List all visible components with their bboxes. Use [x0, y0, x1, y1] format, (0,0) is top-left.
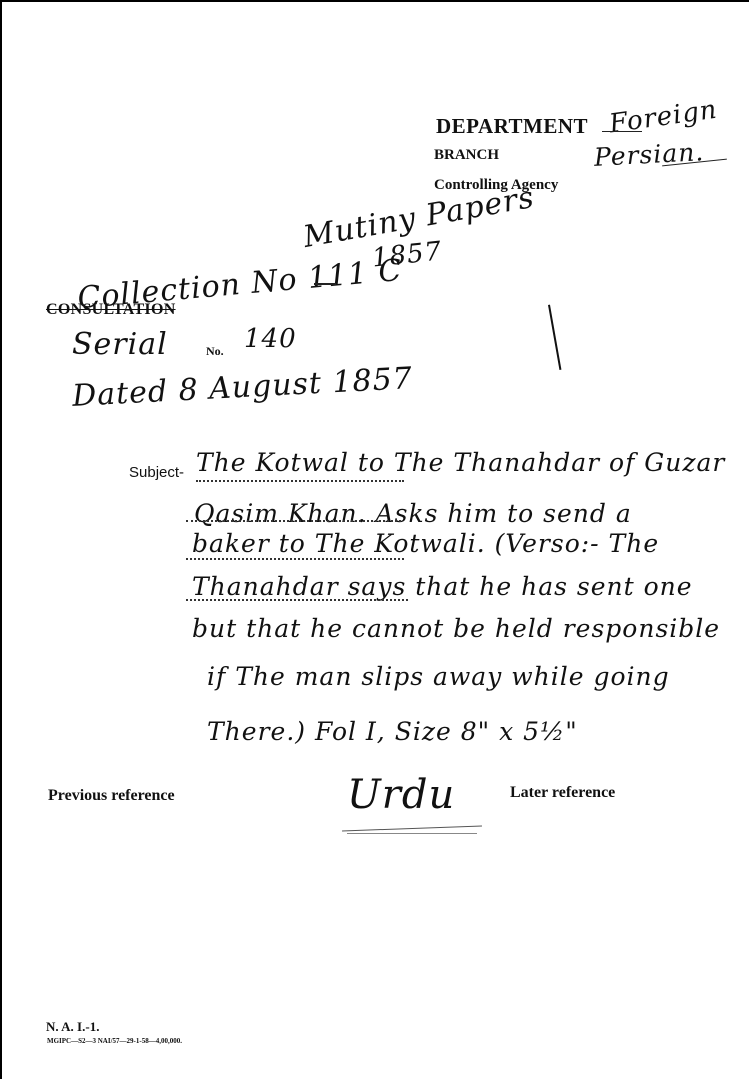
subject-line: There.) Fol I, Size 8" x 5½": [207, 717, 578, 746]
serial-no-label: No.: [206, 344, 224, 359]
dotted-rule: [186, 520, 401, 522]
document-page: DEPARTMENT Foreign BRANCH Persian. Contr…: [0, 0, 749, 1079]
subject-line: baker to The Kotwali. (Verso:- The: [192, 529, 659, 558]
previous-reference-label: Previous reference: [48, 787, 175, 805]
subject-line: The Kotwal to The Thanahdar of Guzar: [196, 448, 725, 477]
branch-value: Persian.: [593, 137, 705, 172]
serial-value: 140: [244, 324, 297, 354]
form-code: N. A. I.-1.: [46, 1019, 99, 1035]
pen-stroke-mark: [548, 305, 561, 370]
dated-value: Dated 8 August 1857: [71, 361, 413, 414]
collection-underline: [314, 283, 336, 285]
dotted-rule: [186, 599, 408, 601]
language-underline: [347, 833, 477, 834]
later-reference-label: Later reference: [510, 784, 615, 802]
consultation-label: CONSULTATION: [46, 301, 176, 319]
department-label: DEPARTMENT: [436, 114, 588, 139]
subject-line: if The man slips away while going: [207, 662, 670, 691]
department-value: Foreign: [607, 95, 719, 140]
dotted-rule: [196, 480, 404, 482]
language-underline: [342, 826, 482, 832]
branch-label: BRANCH: [434, 147, 499, 164]
subject-label: Subject-: [129, 464, 184, 481]
dotted-rule: [186, 558, 404, 560]
subject-line: but that he cannot be held responsible: [192, 614, 720, 643]
subject-line: Thanahdar says that he has sent one: [192, 572, 693, 601]
serial-word: Serial: [72, 327, 168, 362]
printer-line: MGIPC—S2—3 NAI/57—29-1-58—4,00,000.: [47, 1037, 182, 1045]
language-annotation: Urdu: [347, 772, 455, 818]
subject-line: Qasim Khan. Asks him to send a: [194, 499, 632, 528]
department-underline: [602, 131, 642, 132]
